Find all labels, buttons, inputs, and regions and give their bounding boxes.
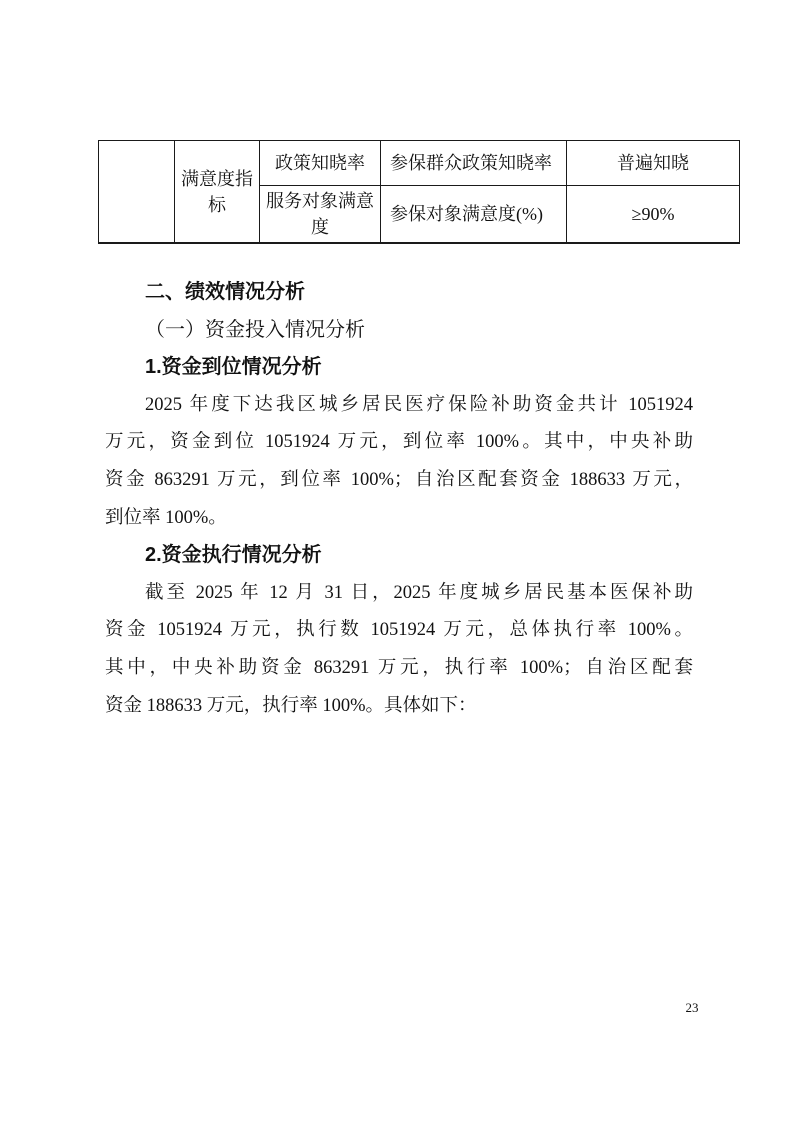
paragraph-line: 其中，中央补助资金 863291 万元，执行率 100%；自治区配套 xyxy=(105,650,693,688)
paragraph-line: 2025 年度下达我区城乡居民医疗保险补助资金共计 1051924 xyxy=(105,387,693,425)
paragraph-line: 资金 863291 万元，到位率 100%；自治区配套资金 188633 万元， xyxy=(105,462,693,500)
paragraph-line: 资金 1051924 万元，执行数 1051924 万元，总体执行率 100%。 xyxy=(105,612,693,650)
fund-execution-paragraph: 截至 2025 年 12 月 31 日，2025 年度城乡居民基本医保补助 资金… xyxy=(105,575,693,725)
table-cell-continuation xyxy=(99,141,175,244)
indicator-table: 满意度指标 政策知晓率 参保群众政策知晓率 普遍知晓 服务对象满意度 参保对象满… xyxy=(98,140,740,244)
section-heading: 二、绩效情况分析 xyxy=(105,274,693,312)
document-page: 满意度指标 政策知晓率 参保群众政策知晓率 普遍知晓 服务对象满意度 参保对象满… xyxy=(0,0,793,1122)
table-cell-measure: 参保对象满意度(%) xyxy=(381,186,567,244)
document-body: 二、绩效情况分析 （一）资金投入情况分析 1.资金到位情况分析 2025 年度下… xyxy=(105,274,693,725)
table-cell-indicator: 政策知晓率 xyxy=(260,141,381,186)
paragraph-line: 资金 188633 万元，执行率 100%。具体如下： xyxy=(105,688,693,726)
paragraph-line: 到位率 100%。 xyxy=(105,500,693,538)
fund-arrival-heading: 1.资金到位情况分析 xyxy=(105,349,693,387)
table-cell-measure: 参保群众政策知晓率 xyxy=(381,141,567,186)
table-cell-target: ≥90% xyxy=(567,186,740,244)
table-cell-indicator: 服务对象满意度 xyxy=(260,186,381,244)
paragraph-line: 万元，资金到位 1051924 万元，到位率 100%。其中，中央补助 xyxy=(105,424,693,462)
paragraph-line: 截至 2025 年 12 月 31 日，2025 年度城乡居民基本医保补助 xyxy=(105,575,693,613)
table-row: 满意度指标 政策知晓率 参保群众政策知晓率 普遍知晓 xyxy=(99,141,740,186)
table-cell-group-label: 满意度指标 xyxy=(175,141,260,244)
table-cell-target: 普遍知晓 xyxy=(567,141,740,186)
subsection-heading: （一）资金投入情况分析 xyxy=(105,312,693,350)
fund-execution-heading: 2.资金执行情况分析 xyxy=(105,537,693,575)
page-number: 23 xyxy=(672,1000,712,1016)
fund-arrival-paragraph: 2025 年度下达我区城乡居民医疗保险补助资金共计 1051924 万元，资金到… xyxy=(105,387,693,537)
